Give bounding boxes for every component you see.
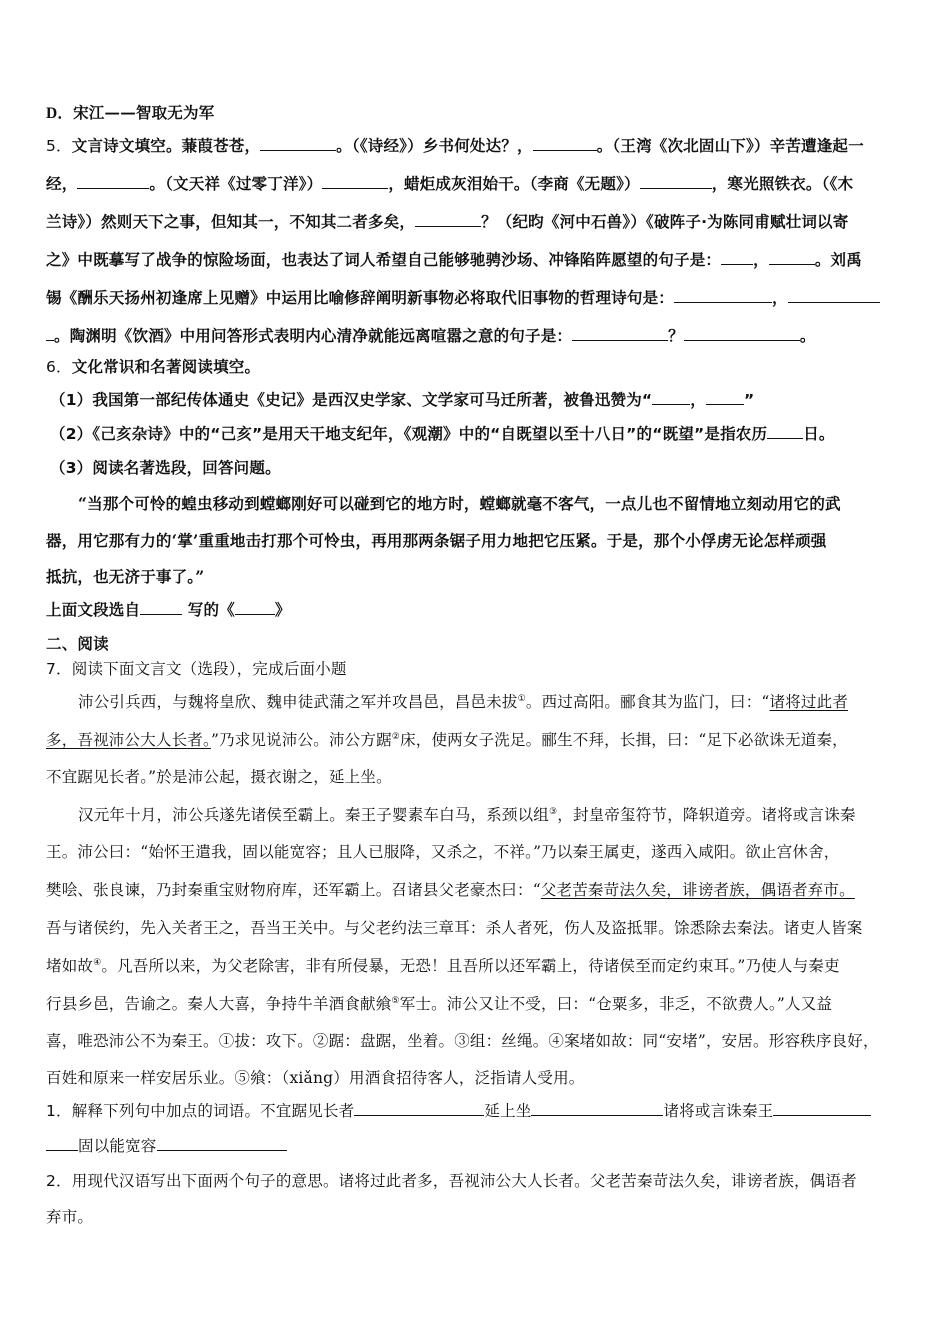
passage-text: 。凡吾所以来，为父老除害，非有所侵暴，无恐！且吾所以还军霸上，待诸侯至而定约束耳… <box>101 957 839 975</box>
q5-text: ， <box>772 289 788 307</box>
passage-line: 行县乡邑，告谕之。秦人大喜，争持牛羊酒食献飨⑤军士。沛公又让不受，曰：“仓粟多，… <box>46 994 908 1014</box>
excerpt-line-1: “当那个可怜的蝗虫移动到螳螂刚好可以碰到它的地方时，螳螂就毫不客气，一点儿也不留… <box>46 494 940 514</box>
answer-blank[interactable] <box>354 1101 484 1116</box>
q6-sub1-text: （1）我国第一部纪传体通史《史记》是西汉史学家、文学家可马迁所著，被鲁迅赞为“ <box>50 391 652 409</box>
answer-blank[interactable] <box>157 1136 287 1151</box>
sub-q-number: 2． <box>46 1172 72 1190</box>
answer-blank[interactable] <box>46 1136 78 1151</box>
passage-line: 王。沛公曰：“始怀王遣我，固以能宽容；且人已服降，又杀之，不祥。”乃以秦王属吏，… <box>46 842 908 862</box>
footnotes-line: 喜，唯恐沛公不为秦王。①拔：攻下。②踞：盘踞，坐着。③组：丝绳。④案堵如故：同“… <box>46 1031 908 1051</box>
q7-heading: 7．阅读下面文言文（选段），完成后面小题 <box>46 659 908 679</box>
q6-number: 6． <box>46 358 72 376</box>
source-prefix: 上面文段选自 <box>46 601 140 619</box>
passage-line: 沛公引兵西，与魏将皇欣、魏申徒武蒲之军并攻昌邑，昌邑未拔①。西过高阳。郦食其为监… <box>46 692 940 712</box>
passage-text: 。西过高阳。郦食其为监门，曰：“ <box>526 693 770 711</box>
answer-blank[interactable] <box>322 174 388 189</box>
q6-heading: 6．文化常识和名著阅读填空。 <box>46 357 908 377</box>
q5-line-6: 。陶渊明《饮酒》中用问答形式表明内心清净就能远离喧嚣之意的句子是：？。 <box>46 326 908 346</box>
q5-line-5: 锡《酬乐天扬州初逢席上见赠》中运用比喻修辞阐明新事物必将取代旧事物的哲理诗句是：… <box>46 288 908 308</box>
footnote-marker: ① <box>518 694 526 704</box>
q6-sub3: （3）阅读名著选段，回答问题。 <box>50 458 912 478</box>
document-page: D．宋江——智取无为军 5．文言诗文填空。蒹葭苍苍，。（《诗经》）乡书何处达？，… <box>0 0 950 1344</box>
q5-text: 之》中既摹写了战争的惊险场面，也表达了词人希望自己能够驰骋沙场、冲锋陷阵愿望的句… <box>46 251 721 269</box>
footnote-marker: ⑤ <box>391 996 399 1006</box>
q5-text: 经， <box>46 175 77 193</box>
q7-sub2-cont: 弃市。 <box>46 1207 908 1227</box>
sub-q-number: 1． <box>46 1102 72 1120</box>
passage-text: 沛公引兵西，与魏将皇欣、魏申徒武蒲之军并攻昌邑，昌邑未拔 <box>78 693 518 711</box>
passage-text: 行县乡邑，告谕之。秦人大喜，争持牛羊酒食献飨 <box>46 995 391 1013</box>
option-d-label: D． <box>46 105 73 122</box>
q6-sub2-text: （2）《己亥杂诗》中的“己亥”是用天干地支纪年，《观潮》中的“自既望以至十八日”… <box>50 425 767 443</box>
q7-sub1-cont: 固以能宽容 <box>46 1136 908 1156</box>
answer-blank[interactable] <box>767 424 803 439</box>
q7-number: 7． <box>46 660 72 678</box>
q5-text: 文言诗文填空。蒹葭苍苍， <box>72 137 260 155</box>
passage-line: 堵如故④。凡吾所以来，为父老除害，非有所侵暴，无恐！且吾所以还军霸上，待诸侯至而… <box>46 956 908 976</box>
term-item: 诸将或言诛秦王 <box>663 1102 773 1120</box>
q5-text: 。（《诗经》）乡书何处达？， <box>336 137 533 155</box>
q7-sub1: 1．解释下列句中加点的词语。不宜踞见长者延上坐诸将或言诛秦王 <box>46 1101 908 1121</box>
footnote-marker: ② <box>392 732 400 742</box>
passage-text: ”乃求见说沛公。沛公方踞 <box>211 731 392 749</box>
passage-line: 汉元年十月，沛公兵遂先诸侯至霸上。秦王子婴素车白马，系颈以组③，封皇帝玺符节，降… <box>46 805 940 825</box>
answer-blank-title[interactable] <box>235 600 275 615</box>
answer-blank[interactable] <box>572 326 668 341</box>
answer-blank[interactable] <box>415 212 481 227</box>
comma: ， <box>690 391 706 409</box>
q5-text: 。陶渊明《饮酒》中用问答形式表明内心清净就能远离喧嚣之意的句子是： <box>54 327 572 345</box>
q6-sub1: （1）我国第一部纪传体通史《史记》是西汉史学家、文学家可马迁所著，被鲁迅赞为“，… <box>50 390 912 410</box>
term-item: 不宜踞见长者 <box>260 1102 354 1120</box>
q5-line-4: 之》中既摹写了战争的惊险场面，也表达了词人希望自己能够驰骋沙场、冲锋陷阵愿望的句… <box>46 250 908 270</box>
q5-text: ，蜡炬成灰泪始干。（李商《无题》） <box>388 175 639 193</box>
q5-number: 5． <box>46 137 72 155</box>
q6-title: 文化常识和名著阅读填空。 <box>72 358 260 376</box>
answer-blank[interactable] <box>674 288 772 303</box>
q5-text: 。（王湾《次北固山下》）辛苦遭逢起一 <box>597 137 864 155</box>
q5-text: 。刘禹 <box>815 251 862 269</box>
passage-line: 不宜踞见长者。”於是沛公起，摄衣谢之，延上坐。 <box>46 767 908 787</box>
term-item: 固以能宽容 <box>78 1137 157 1155</box>
answer-blank[interactable] <box>788 288 880 303</box>
footnotes-line: 百姓和原来一样安居乐业。⑤飨：（xiǎng）用酒食招待客人，泛指请人受用。 <box>46 1068 908 1088</box>
excerpt-line-3: 抵抗，也无济于事了。” <box>46 567 908 587</box>
answer-blank[interactable] <box>531 1101 663 1116</box>
q5-text: 。（文天祥《过零丁洋》） <box>149 175 322 193</box>
answer-blank[interactable] <box>533 136 597 151</box>
option-d: D．宋江——智取无为军 <box>46 103 908 124</box>
passage-text: 樊哙、张良谏，乃封秦重宝财物府库，还军霸上。召诸县父老豪杰曰：“ <box>46 881 541 899</box>
passage-text: 床，使两女子洗足。郦生不拜，长揖，曰：“足下必欲诛无道秦， <box>400 731 848 749</box>
q5-line-1: 5．文言诗文填空。蒹葭苍苍，。（《诗经》）乡书何处达？，。（王湾《次北固山下》）… <box>46 136 908 156</box>
passage-text: 汉元年十月，沛公兵遂先诸侯至霸上。秦王子婴素车白马，系颈以组 <box>78 806 549 824</box>
q5-text: 锡《酬乐天扬州初逢席上见赠》中运用比喻修辞阐明新事物必将取代旧事物的哲理诗句是： <box>46 289 674 307</box>
answer-blank[interactable] <box>652 390 690 405</box>
section-title: 二、阅读 <box>46 634 908 654</box>
answer-blank[interactable] <box>260 136 336 151</box>
answer-blank[interactable] <box>46 326 54 341</box>
excerpt-line-2: 器，用它那有力的‘掌’重重地击打那个可怜虫，再用那两条锯子用力地把它压紧。于是，… <box>46 531 908 551</box>
underlined-sentence: 诸将过此者 <box>770 693 849 711</box>
passage-line: 多，吾视沛公大人长者。”乃求见说沛公。沛公方踞②床，使两女子洗足。郦生不拜，长揖… <box>46 730 908 750</box>
answer-blank[interactable] <box>721 250 753 265</box>
answer-blank-author[interactable] <box>140 600 182 615</box>
q6-sub2-suffix: 日。 <box>803 425 834 443</box>
option-d-text: 宋江——智取无为军 <box>73 103 214 122</box>
passage-line: 樊哙、张良谏，乃封秦重宝财物府库，还军霸上。召诸县父老豪杰曰：“父老苦秦苛法久矣… <box>46 880 908 900</box>
answer-blank[interactable] <box>640 174 712 189</box>
answer-blank[interactable] <box>77 174 149 189</box>
q5-text: ？（纪昀《河中石兽》）《破阵子·为陈同甫赋壮词以寄 <box>481 213 848 231</box>
answer-blank[interactable] <box>773 1101 871 1116</box>
answer-blank[interactable] <box>706 390 744 405</box>
answer-blank[interactable] <box>684 326 800 341</box>
underlined-sentence: 多，吾视沛公大人长者。 <box>46 731 211 749</box>
sub-q-text: 用现代汉语写出下面两个句子的意思。诸将过此者多，吾视沛公大人长者。父老苦秦苛法久… <box>72 1172 857 1190</box>
q7-sub2: 2．用现代汉语写出下面两个句子的意思。诸将过此者多，吾视沛公大人长者。父老苦秦苛… <box>46 1171 908 1191</box>
answer-blank[interactable] <box>769 250 815 265</box>
q5-text: 兰诗》）然则天下之事，但知其一，不知其二者多矣， <box>46 213 415 231</box>
q5-text: ，寒光照铁衣。（《木 <box>712 175 854 193</box>
q5-text: ？ <box>668 327 684 345</box>
q5-line-3: 兰诗》）然则天下之事，但知其一，不知其二者多矣，？（纪昀《河中石兽》）《破阵子·… <box>46 212 908 232</box>
underlined-sentence: 父老苦秦苛法久矣，诽谤者族，偶语者弃市。 <box>541 881 855 899</box>
q5-line-2: 经，。（文天祥《过零丁洋》），蜡炬成灰泪始干。（李商《无题》），寒光照铁衣。（《… <box>46 174 908 194</box>
source-suffix: 》 <box>275 601 291 619</box>
excerpt-source: 上面文段选自 写的《》 <box>46 600 908 620</box>
term-item: 延上坐 <box>484 1102 531 1120</box>
passage-text: 堵如故 <box>46 957 93 975</box>
q6-sub2: （2）《己亥杂诗》中的“己亥”是用天干地支纪年，《观潮》中的“自既望以至十八日”… <box>50 424 912 444</box>
q5-text: 。 <box>800 327 816 345</box>
passage-text: ，封皇帝玺符节，降轵道旁。诸将或言诛秦 <box>557 806 855 824</box>
q5-text: ， <box>753 251 769 269</box>
sub-q-text: 解释下列句中加点的词语。 <box>72 1102 260 1120</box>
source-mid: 写的《 <box>182 601 235 619</box>
passage-line: 吾与诸侯约，先入关者王之，吾当王关中。与父老约法三章耳：杀人者死，伤人及盗抵罪。… <box>46 918 908 938</box>
passage-text: 军士。沛公又让不受，曰：“仓粟多，非乏，不欲费人。”人又益 <box>400 995 832 1013</box>
q7-title: 阅读下面文言文（选段），完成后面小题 <box>72 660 347 678</box>
close-quote: ” <box>744 391 754 409</box>
